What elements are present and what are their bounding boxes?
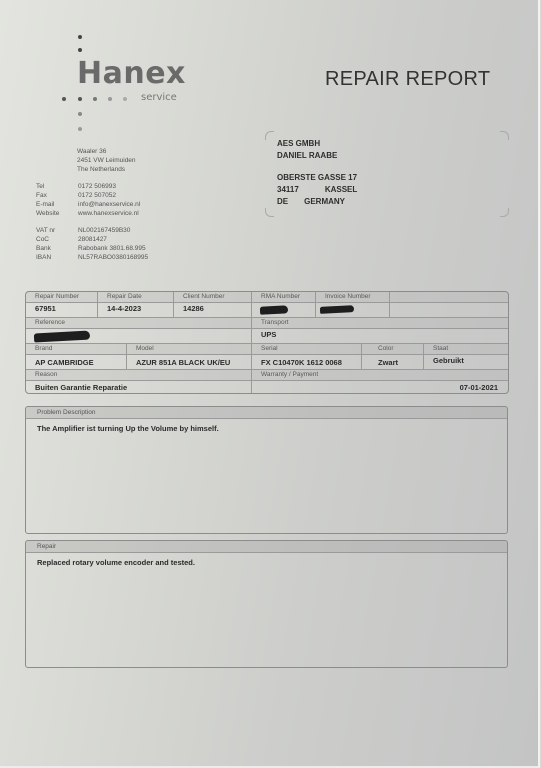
repair-label: Repair <box>26 541 507 553</box>
warranty-value: 07-01-2021 <box>252 381 508 394</box>
window-mark <box>265 131 274 140</box>
reference-label: Reference <box>26 318 252 329</box>
repair-text: Replaced rotary volume encoder and teste… <box>26 553 507 567</box>
staat-label: Staat <box>424 344 508 355</box>
redaction-mark <box>34 331 90 343</box>
redaction-mark <box>260 305 288 314</box>
color-label: Color <box>362 344 424 355</box>
recipient-street: OBERSTE GASSE 17 <box>277 172 357 184</box>
recipient-address: AES GMBH DANIEL RAABE OBERSTE GASSE 17 3… <box>277 138 357 208</box>
brand-value: AP CAMBRIDGE <box>26 355 127 370</box>
recipient-postcode: 34117 <box>277 185 299 194</box>
model-label: Model <box>127 344 252 355</box>
problem-description-text: The Amplifier ist turning Up the Volume … <box>26 419 507 433</box>
redaction-mark <box>320 305 354 314</box>
website: www.hanexservice.nl <box>78 209 139 218</box>
rma-number-label: RMA Number <box>252 292 316 303</box>
company-logo: Hanex <box>77 56 186 91</box>
vat-number: NL002167459B30 <box>78 226 130 235</box>
reason-label: Reason <box>26 370 252 381</box>
transport-label: Transport <box>252 318 508 329</box>
window-mark <box>265 208 274 217</box>
model-value: AZUR 851A BLACK UK/EU <box>127 355 252 370</box>
bank: Rabobank 3801.68.995 <box>78 244 146 253</box>
transport-value: UPS <box>252 329 508 344</box>
brand-label: Brand <box>26 344 127 355</box>
coc-number: 28081427 <box>78 235 107 244</box>
invoice-number <box>316 303 390 318</box>
company-contact: Tel0172 506993 Fax0172 507052 E-mailinfo… <box>36 182 140 218</box>
serial-value: FX C10470K 1612 0068 <box>252 355 362 370</box>
serial-label: Serial <box>252 344 362 355</box>
color-value: Zwart <box>362 355 424 370</box>
client-number-label: Client Number <box>174 292 252 303</box>
fax: 0172 507052 <box>78 191 116 200</box>
reference-value <box>26 329 252 344</box>
reason-value: Buiten Garantie Reparatie <box>26 381 252 394</box>
phone: 0172 506993 <box>78 182 116 191</box>
repair-date: 14-4-2023 <box>98 303 174 318</box>
problem-description-label: Problem Description <box>26 407 507 419</box>
repair-report-page: Hanex service REPAIR REPORT Waaler 36 24… <box>0 0 540 768</box>
company-address: Waaler 36 2451 VW Leimuiden The Netherla… <box>77 147 136 174</box>
company-logo-subtitle: service <box>141 92 177 103</box>
recipient-company: AES GMBH <box>277 138 357 150</box>
repair-number: 67951 <box>26 303 98 318</box>
email: info@hanexservice.nl <box>78 200 140 209</box>
document-title: REPAIR REPORT <box>325 68 490 91</box>
iban: NL57RABO0380168995 <box>78 253 148 262</box>
warranty-label: Warranty / Payment <box>252 370 508 381</box>
window-mark <box>500 208 509 217</box>
recipient-country: GERMANY <box>304 197 345 206</box>
recipient-contact: DANIEL RAABE <box>277 150 357 162</box>
recipient-city: KASSEL <box>325 185 357 194</box>
invoice-number-label: Invoice Number <box>316 292 390 303</box>
staat-value: Gebruikt <box>424 355 508 370</box>
repair-date-label: Repair Date <box>98 292 174 303</box>
client-number: 14286 <box>174 303 252 318</box>
problem-description-box: Problem Description The Amplifier ist tu… <box>25 406 508 534</box>
window-mark <box>500 131 509 140</box>
repair-box: Repair Replaced rotary volume encoder an… <box>25 540 508 668</box>
recipient-country-code: DE <box>277 197 288 206</box>
repair-number-label: Repair Number <box>26 292 98 303</box>
company-financial: VAT nrNL002167459B30 CoC28081427 BankRab… <box>36 226 148 262</box>
rma-number <box>252 303 316 318</box>
repair-info-table: Repair Number Repair Date Client Number … <box>25 291 509 394</box>
